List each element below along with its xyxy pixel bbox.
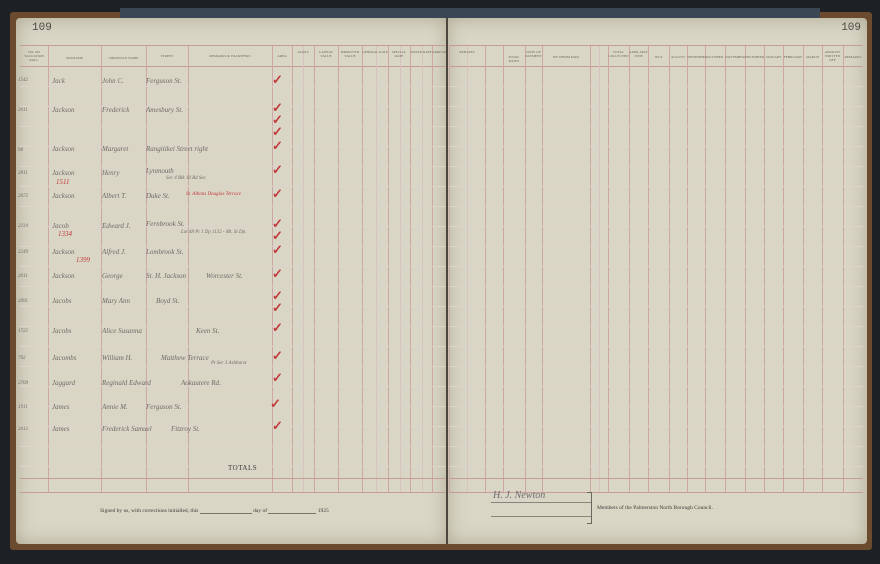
check-mark-icon: ✓	[272, 300, 283, 316]
header-august: August	[669, 55, 687, 59]
left-page-number: 109	[32, 22, 52, 34]
check-mark-icon: ✓	[272, 138, 283, 154]
signature-line	[491, 516, 591, 517]
signature-line	[491, 502, 591, 503]
check-mark-icon: ✓	[272, 186, 283, 202]
header-january: January	[764, 55, 783, 59]
signature-bracket	[587, 492, 592, 524]
header-by-whom-paid: By Whom Paid	[542, 55, 590, 59]
left-ledger-grid: No. on Valuation Roll Surname Christian …	[20, 45, 447, 493]
check-mark-icon: ✓	[272, 162, 283, 178]
header-march: March	[803, 55, 822, 59]
header-apr-may-jun: April May June	[629, 50, 648, 58]
signed-statement: Signed by us, with corrections initialle…	[100, 508, 329, 514]
header-water-rate: Water Rate	[410, 50, 432, 54]
right-page: 109 Rebates Total Rates Date of Payment …	[447, 18, 867, 544]
check-mark-icon: ✓	[272, 348, 283, 364]
header-february: February	[783, 55, 803, 59]
header-remarks: Remarks & Transfers	[188, 54, 272, 58]
council-member-signature: H. J. Newton	[493, 490, 545, 501]
header-november: November	[725, 55, 745, 59]
header-area: Area	[272, 54, 292, 58]
check-mark-icon: ✓	[272, 266, 283, 282]
header-christian-name: Christian Name	[101, 56, 146, 60]
check-mark-icon: ✓	[272, 370, 283, 386]
header-written-off: Amount Written Off	[822, 50, 843, 62]
header-valuation-no: No. on Valuation Roll	[20, 50, 48, 62]
totals-label: TOTALS	[228, 464, 257, 472]
check-mark-icon: ✓	[272, 242, 283, 258]
book-spine	[446, 18, 448, 544]
check-mark-icon: ✓	[272, 320, 283, 336]
header-arrears: Arrears	[432, 50, 447, 54]
header-total-rates: Total Rates	[503, 55, 525, 63]
header-special-rate: Special Rate	[388, 50, 410, 58]
council-members-label: Members of the Palmerston North Borough …	[597, 505, 713, 511]
header-acres: Acres	[292, 50, 314, 54]
header-remarks-right: Remarks	[843, 55, 863, 59]
header-july: July	[648, 55, 669, 59]
check-mark-icon: ✓	[272, 72, 283, 88]
header-total-collected: Total Collected	[608, 50, 629, 58]
header-surname: Surname	[48, 56, 101, 60]
header-september: September	[687, 55, 705, 59]
right-ledger-grid: Rebates Total Rates Date of Payment By W…	[449, 45, 863, 493]
header-general-rate: General Rate	[362, 50, 388, 54]
header-october: October	[705, 55, 725, 59]
header-december: December	[745, 55, 764, 59]
check-mark-icon: ✓	[270, 396, 281, 412]
header-rebates: Rebates	[449, 50, 485, 54]
left-page: 109 No. on Valuation Roll Surname Christ…	[16, 18, 447, 544]
check-mark-icon: ✓	[272, 418, 283, 434]
header-street: Street	[146, 54, 188, 58]
header-capital-value: Capital Value	[314, 50, 338, 58]
header-date-of-payment: Date of Payment	[525, 50, 542, 58]
header-improved-value: Improved Value	[338, 50, 362, 58]
right-page-number: 109	[841, 22, 861, 34]
